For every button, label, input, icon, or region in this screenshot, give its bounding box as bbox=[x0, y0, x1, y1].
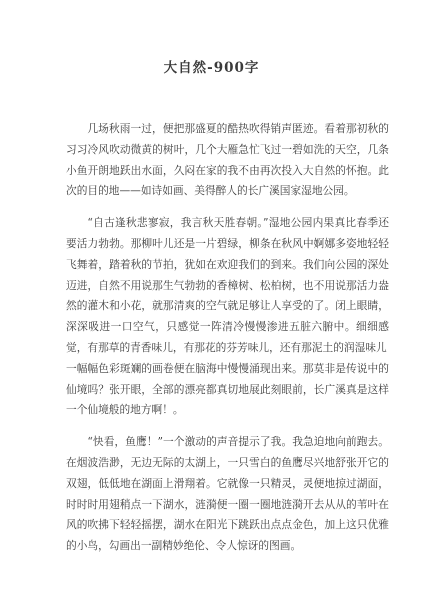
essay-paragraph: “快看，鱼鹰！”一个激动的声音提示了我。我急迫地向前跑去。在烟波浩渺，无边无际的… bbox=[66, 432, 389, 557]
essay-paragraph: “自古逢秋悲寥寂，我言秋天胜春朝。”湿地公园内果真比春季还要活力勃勃。那柳叶儿还… bbox=[66, 213, 389, 421]
page-title: 大自然-900字 bbox=[0, 0, 423, 76]
essay-body: 几场秋雨一过，便把那盛夏的酷热吹得销声匿迹。看着那初秋的习习冷风吹动微黄的树叶，… bbox=[66, 119, 389, 557]
essay-paragraph: 几场秋雨一过，便把那盛夏的酷热吹得销声匿迹。看着那初秋的习习冷风吹动微黄的树叶，… bbox=[66, 119, 389, 202]
document-page: 大自然-900字 几场秋雨一过，便把那盛夏的酷热吹得销声匿迹。看着那初秋的习习冷… bbox=[0, 0, 423, 600]
